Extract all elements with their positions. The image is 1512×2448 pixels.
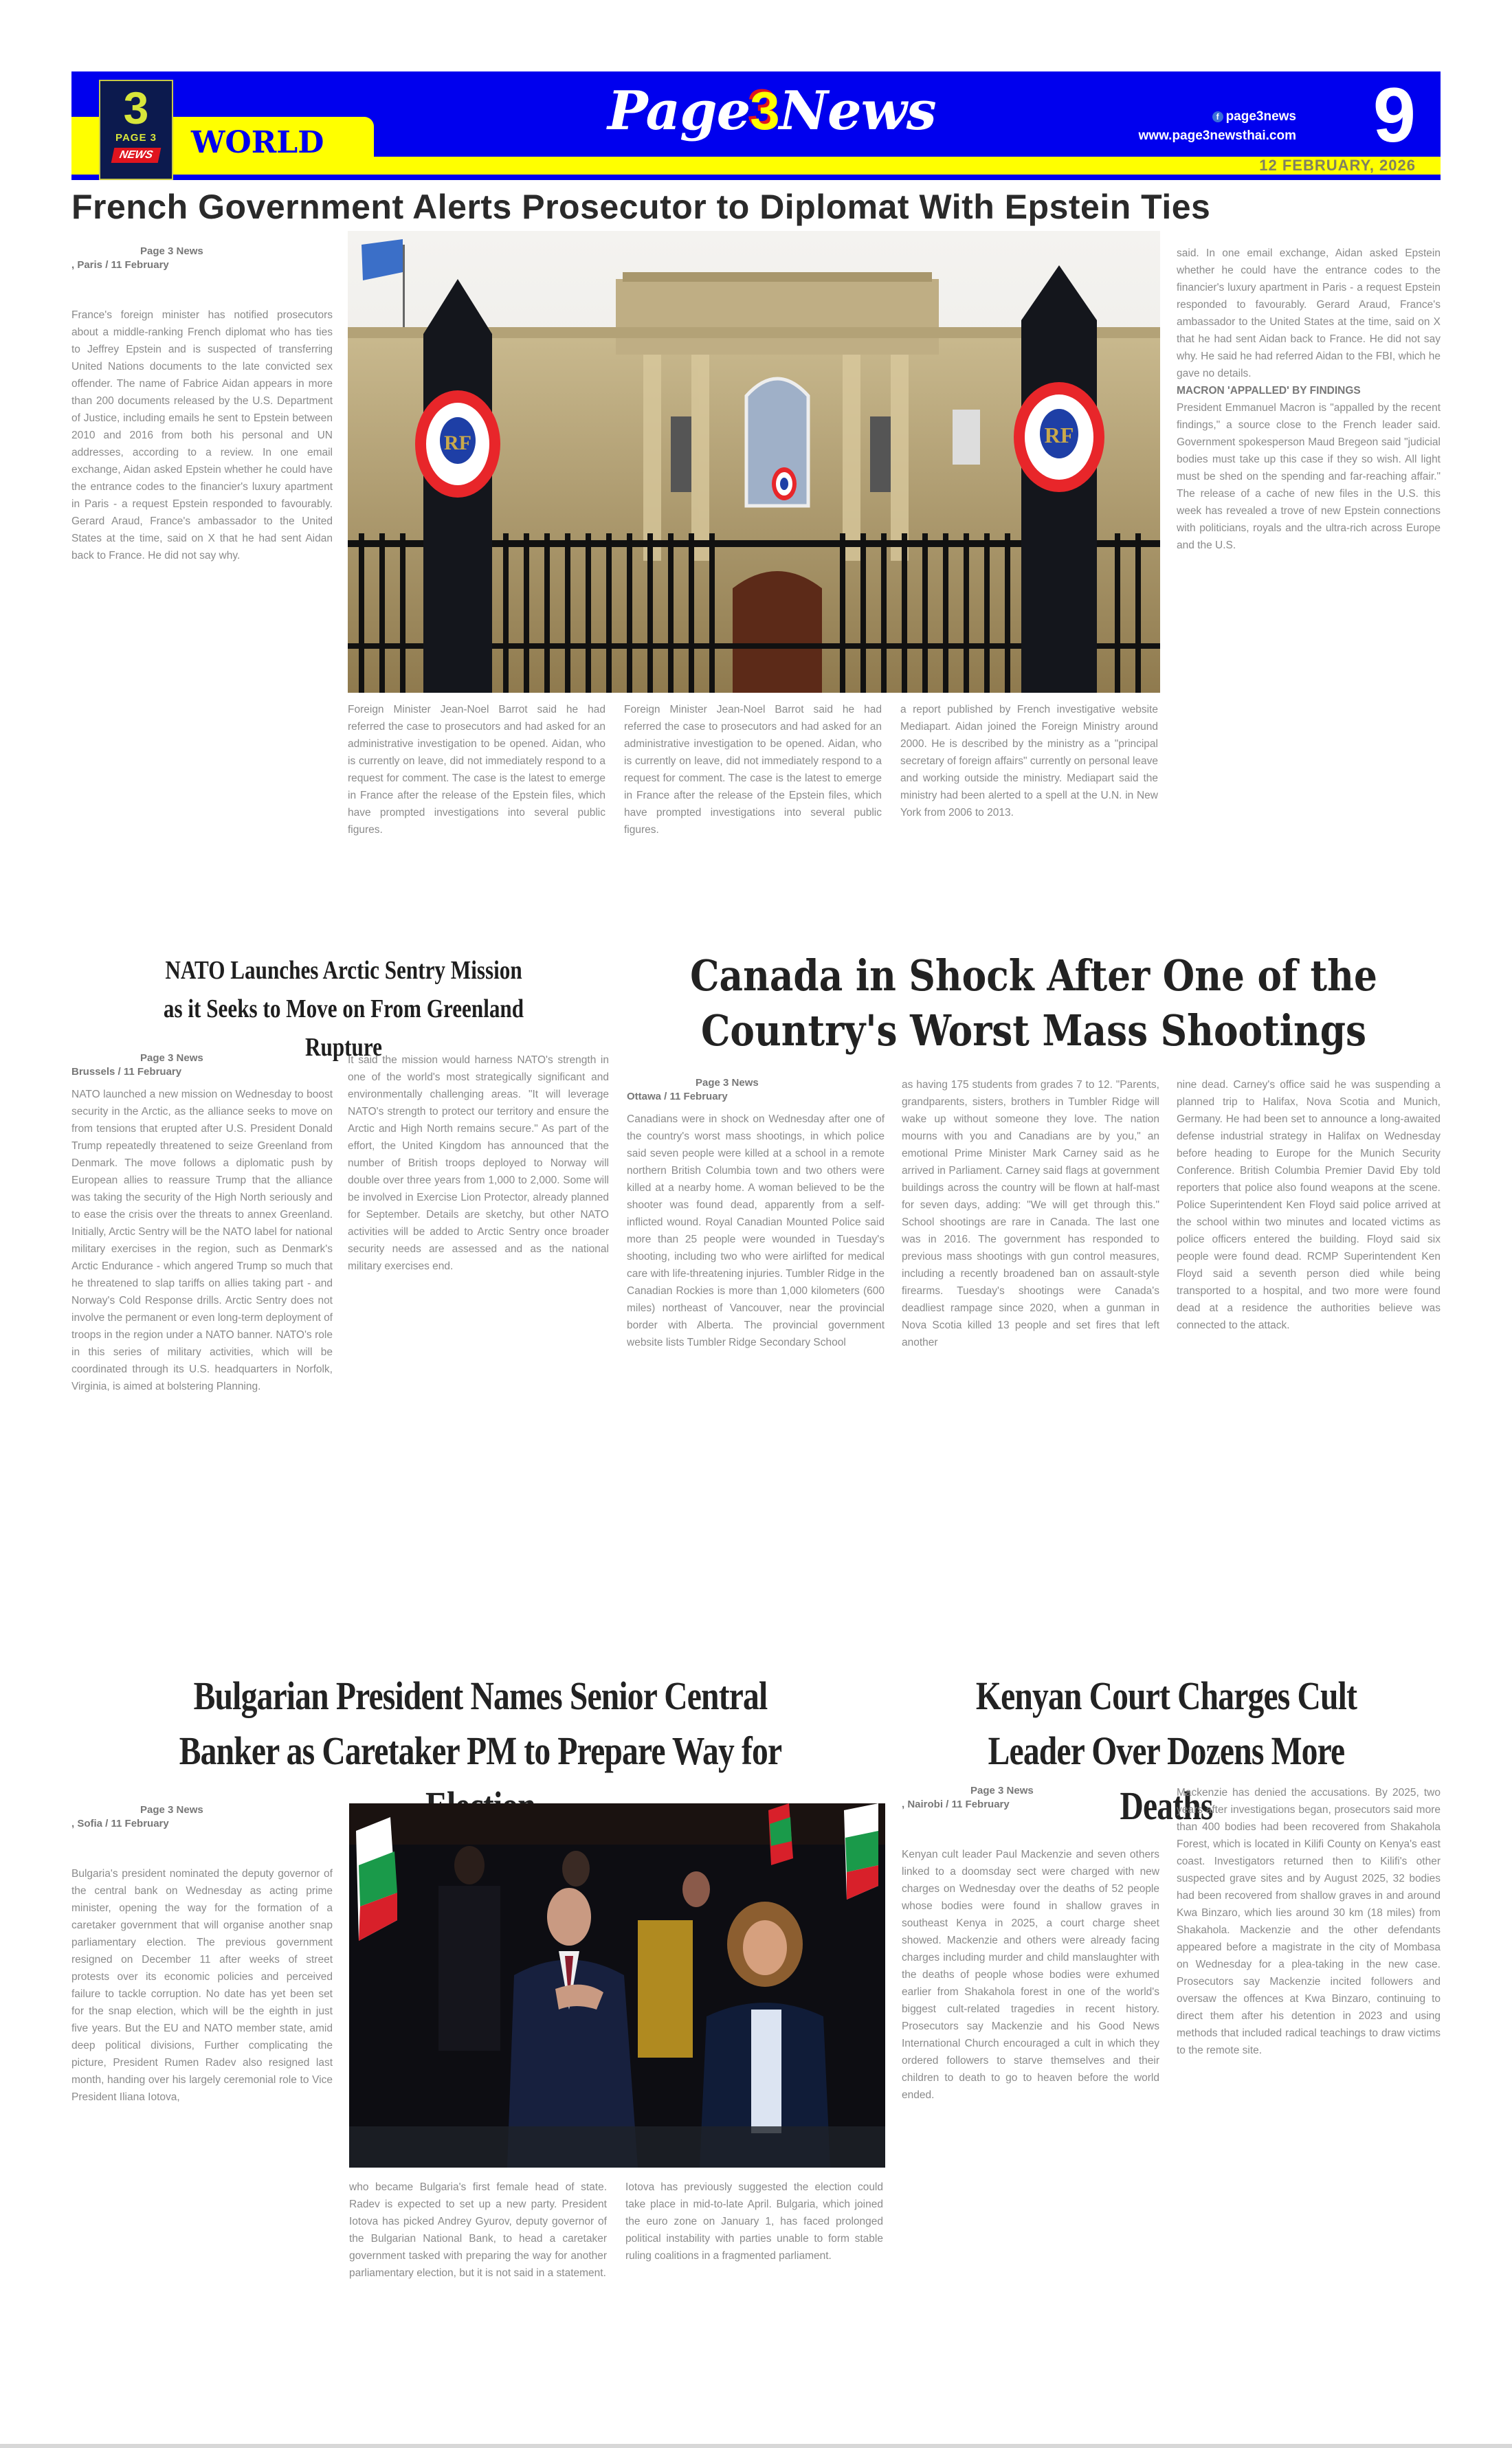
article-text: a report published by French investigati… bbox=[900, 701, 1158, 821]
foreign-ministry-building-image: RF RF bbox=[348, 231, 1160, 693]
canada-headline: Canada in Shock After One of the Country… bbox=[627, 948, 1441, 1058]
byline-source: Page 3 News bbox=[71, 1803, 278, 1817]
bulgaria-column-1: Bulgaria's president nominated the deput… bbox=[71, 1865, 333, 2388]
byline-place: , Nairobi / 11 February bbox=[902, 1798, 1108, 1812]
article-text: Canadians were in shock on Wednesday aft… bbox=[627, 1111, 885, 1351]
page-number: 9 bbox=[1373, 77, 1416, 154]
article-text: It said the mission would harness NATO's… bbox=[348, 1051, 609, 1275]
rf-emblem-right: RF bbox=[1014, 382, 1104, 492]
svg-text:RF: RF bbox=[1045, 423, 1074, 447]
article-text: Mackenzie has denied the accusations. By… bbox=[1177, 1784, 1441, 2059]
brand-news: News bbox=[779, 80, 936, 142]
masthead-contact: fpage3news www.page3newsthai.com bbox=[1139, 107, 1296, 146]
logo-numeral: 3 bbox=[124, 85, 149, 131]
france-foreign-ministry-photo: RF RF bbox=[348, 231, 1160, 693]
canada-byline: Page 3 News Ottawa / 11 February bbox=[627, 1076, 833, 1104]
logo-page3-text: PAGE 3 bbox=[115, 132, 157, 144]
nato-column-2: It said the mission would harness NATO's… bbox=[348, 1051, 609, 1636]
byline-source: Page 3 News bbox=[627, 1076, 833, 1090]
page-bottom-edge bbox=[0, 2444, 1512, 2448]
byline-place: , Paris / 11 February bbox=[71, 258, 278, 272]
article-text: nine dead. Carney's office said he was s… bbox=[1177, 1076, 1441, 1334]
france-column-4: a report published by French investigati… bbox=[900, 701, 1158, 938]
france-byline: Page 3 News , Paris / 11 February bbox=[71, 245, 278, 272]
canada-column-1: Canadians were in shock on Wednesday aft… bbox=[627, 1111, 885, 1636]
brand-three: 3 bbox=[750, 80, 779, 141]
nato-headline: NATO Launches Arctic Sentry Mission as i… bbox=[76, 951, 612, 1067]
france-column-3: Foreign Minister Jean-Noel Barrot said h… bbox=[624, 701, 882, 938]
page3-news-logo[interactable]: 3 PAGE 3 NEWS bbox=[99, 80, 173, 180]
headline-line-1: NATO Launches Arctic Sentry Mission bbox=[124, 951, 564, 990]
byline-source: Page 3 News bbox=[71, 1051, 278, 1065]
article-text: Iotova has previously suggested the elec… bbox=[625, 2179, 883, 2265]
bulgaria-column-3: Iotova has previously suggested the elec… bbox=[625, 2179, 883, 2385]
nato-column-1: NATO launched a new mission on Wednesday… bbox=[71, 1086, 333, 1636]
byline-source: Page 3 News bbox=[902, 1784, 1108, 1798]
byline-place: Ottawa / 11 February bbox=[627, 1090, 833, 1104]
article-text: President Emmanuel Macron is "appalled b… bbox=[1177, 399, 1441, 554]
article-text: who became Bulgaria's first female head … bbox=[349, 2179, 607, 2282]
france-column-5: said. In one email exchange, Aidan asked… bbox=[1177, 245, 1441, 939]
byline-place: Brussels / 11 February bbox=[71, 1065, 278, 1079]
article-subhead: MACRON 'APPALLED' BY FINDINGS bbox=[1177, 382, 1441, 399]
article-text: Bulgaria's president nominated the deput… bbox=[71, 1865, 333, 2106]
article-text: Foreign Minister Jean-Noel Barrot said h… bbox=[348, 701, 605, 838]
facebook-handle-text: page3news bbox=[1226, 109, 1296, 124]
bulgarian-flag-left bbox=[356, 1817, 397, 1941]
france-column-2: Foreign Minister Jean-Noel Barrot said h… bbox=[348, 701, 605, 938]
bulgarian-president-photo bbox=[349, 1803, 885, 2168]
article-text: NATO launched a new mission on Wednesday… bbox=[71, 1086, 333, 1395]
website-link[interactable]: www.page3newsthai.com bbox=[1139, 126, 1296, 146]
article-text: France's foreign minister has notified p… bbox=[71, 307, 333, 564]
headline-line-1: Kenyan Court Charges Cult bbox=[938, 1669, 1394, 1724]
svg-text:RF: RF bbox=[444, 432, 471, 454]
headline-line-1: Canada in Shock After One of the bbox=[684, 948, 1383, 1003]
canada-column-2: as having 175 students from grades 7 to … bbox=[902, 1076, 1159, 1636]
byline-place: , Sofia / 11 February bbox=[71, 1817, 278, 1831]
bulgaria-column-2: who became Bulgaria's first female head … bbox=[349, 2179, 607, 2385]
headline-line-2: Country's Worst Mass Shootings bbox=[684, 1003, 1383, 1058]
masthead-bottom-rule bbox=[71, 175, 1441, 180]
article-text: said. In one email exchange, Aidan asked… bbox=[1177, 245, 1441, 382]
president-vice-president-image bbox=[349, 1803, 885, 2168]
france-headline: French Government Alerts Prosecutor to D… bbox=[71, 187, 1441, 227]
france-column-1: France's foreign minister has notified p… bbox=[71, 307, 333, 939]
kenya-column-2: Mackenzie has denied the accusations. By… bbox=[1177, 1784, 1441, 2389]
newspaper-brand: Page3News bbox=[608, 80, 936, 142]
issue-date: 12 FEBRUARY, 2026 bbox=[1259, 157, 1416, 175]
brand-page: Page bbox=[608, 80, 750, 142]
article-text: Kenyan cult leader Paul Mackenzie and se… bbox=[902, 1846, 1159, 2104]
article-text: Foreign Minister Jean-Noel Barrot said h… bbox=[624, 701, 882, 838]
facebook-handle[interactable]: fpage3news bbox=[1139, 107, 1296, 126]
kenya-column-1: Kenyan cult leader Paul Mackenzie and se… bbox=[902, 1846, 1159, 2389]
masthead: 3 PAGE 3 NEWS WORLD Page3News fpage3news… bbox=[71, 71, 1441, 177]
canada-column-3: nine dead. Carney's office said he was s… bbox=[1177, 1076, 1441, 1636]
kenya-byline: Page 3 News , Nairobi / 11 February bbox=[902, 1784, 1108, 1812]
nato-byline: Page 3 News Brussels / 11 February bbox=[71, 1051, 278, 1079]
article-text: as having 175 students from grades 7 to … bbox=[902, 1076, 1159, 1351]
headline-line-1: Bulgarian President Names Senior Central bbox=[145, 1669, 816, 1724]
facebook-icon: f bbox=[1212, 111, 1223, 122]
rf-emblem-left: RF bbox=[415, 390, 500, 498]
byline-source: Page 3 News bbox=[71, 245, 278, 258]
bulgaria-byline: Page 3 News , Sofia / 11 February bbox=[71, 1803, 278, 1831]
section-label: WORLD bbox=[191, 125, 324, 160]
logo-news-badge: NEWS bbox=[111, 148, 162, 163]
